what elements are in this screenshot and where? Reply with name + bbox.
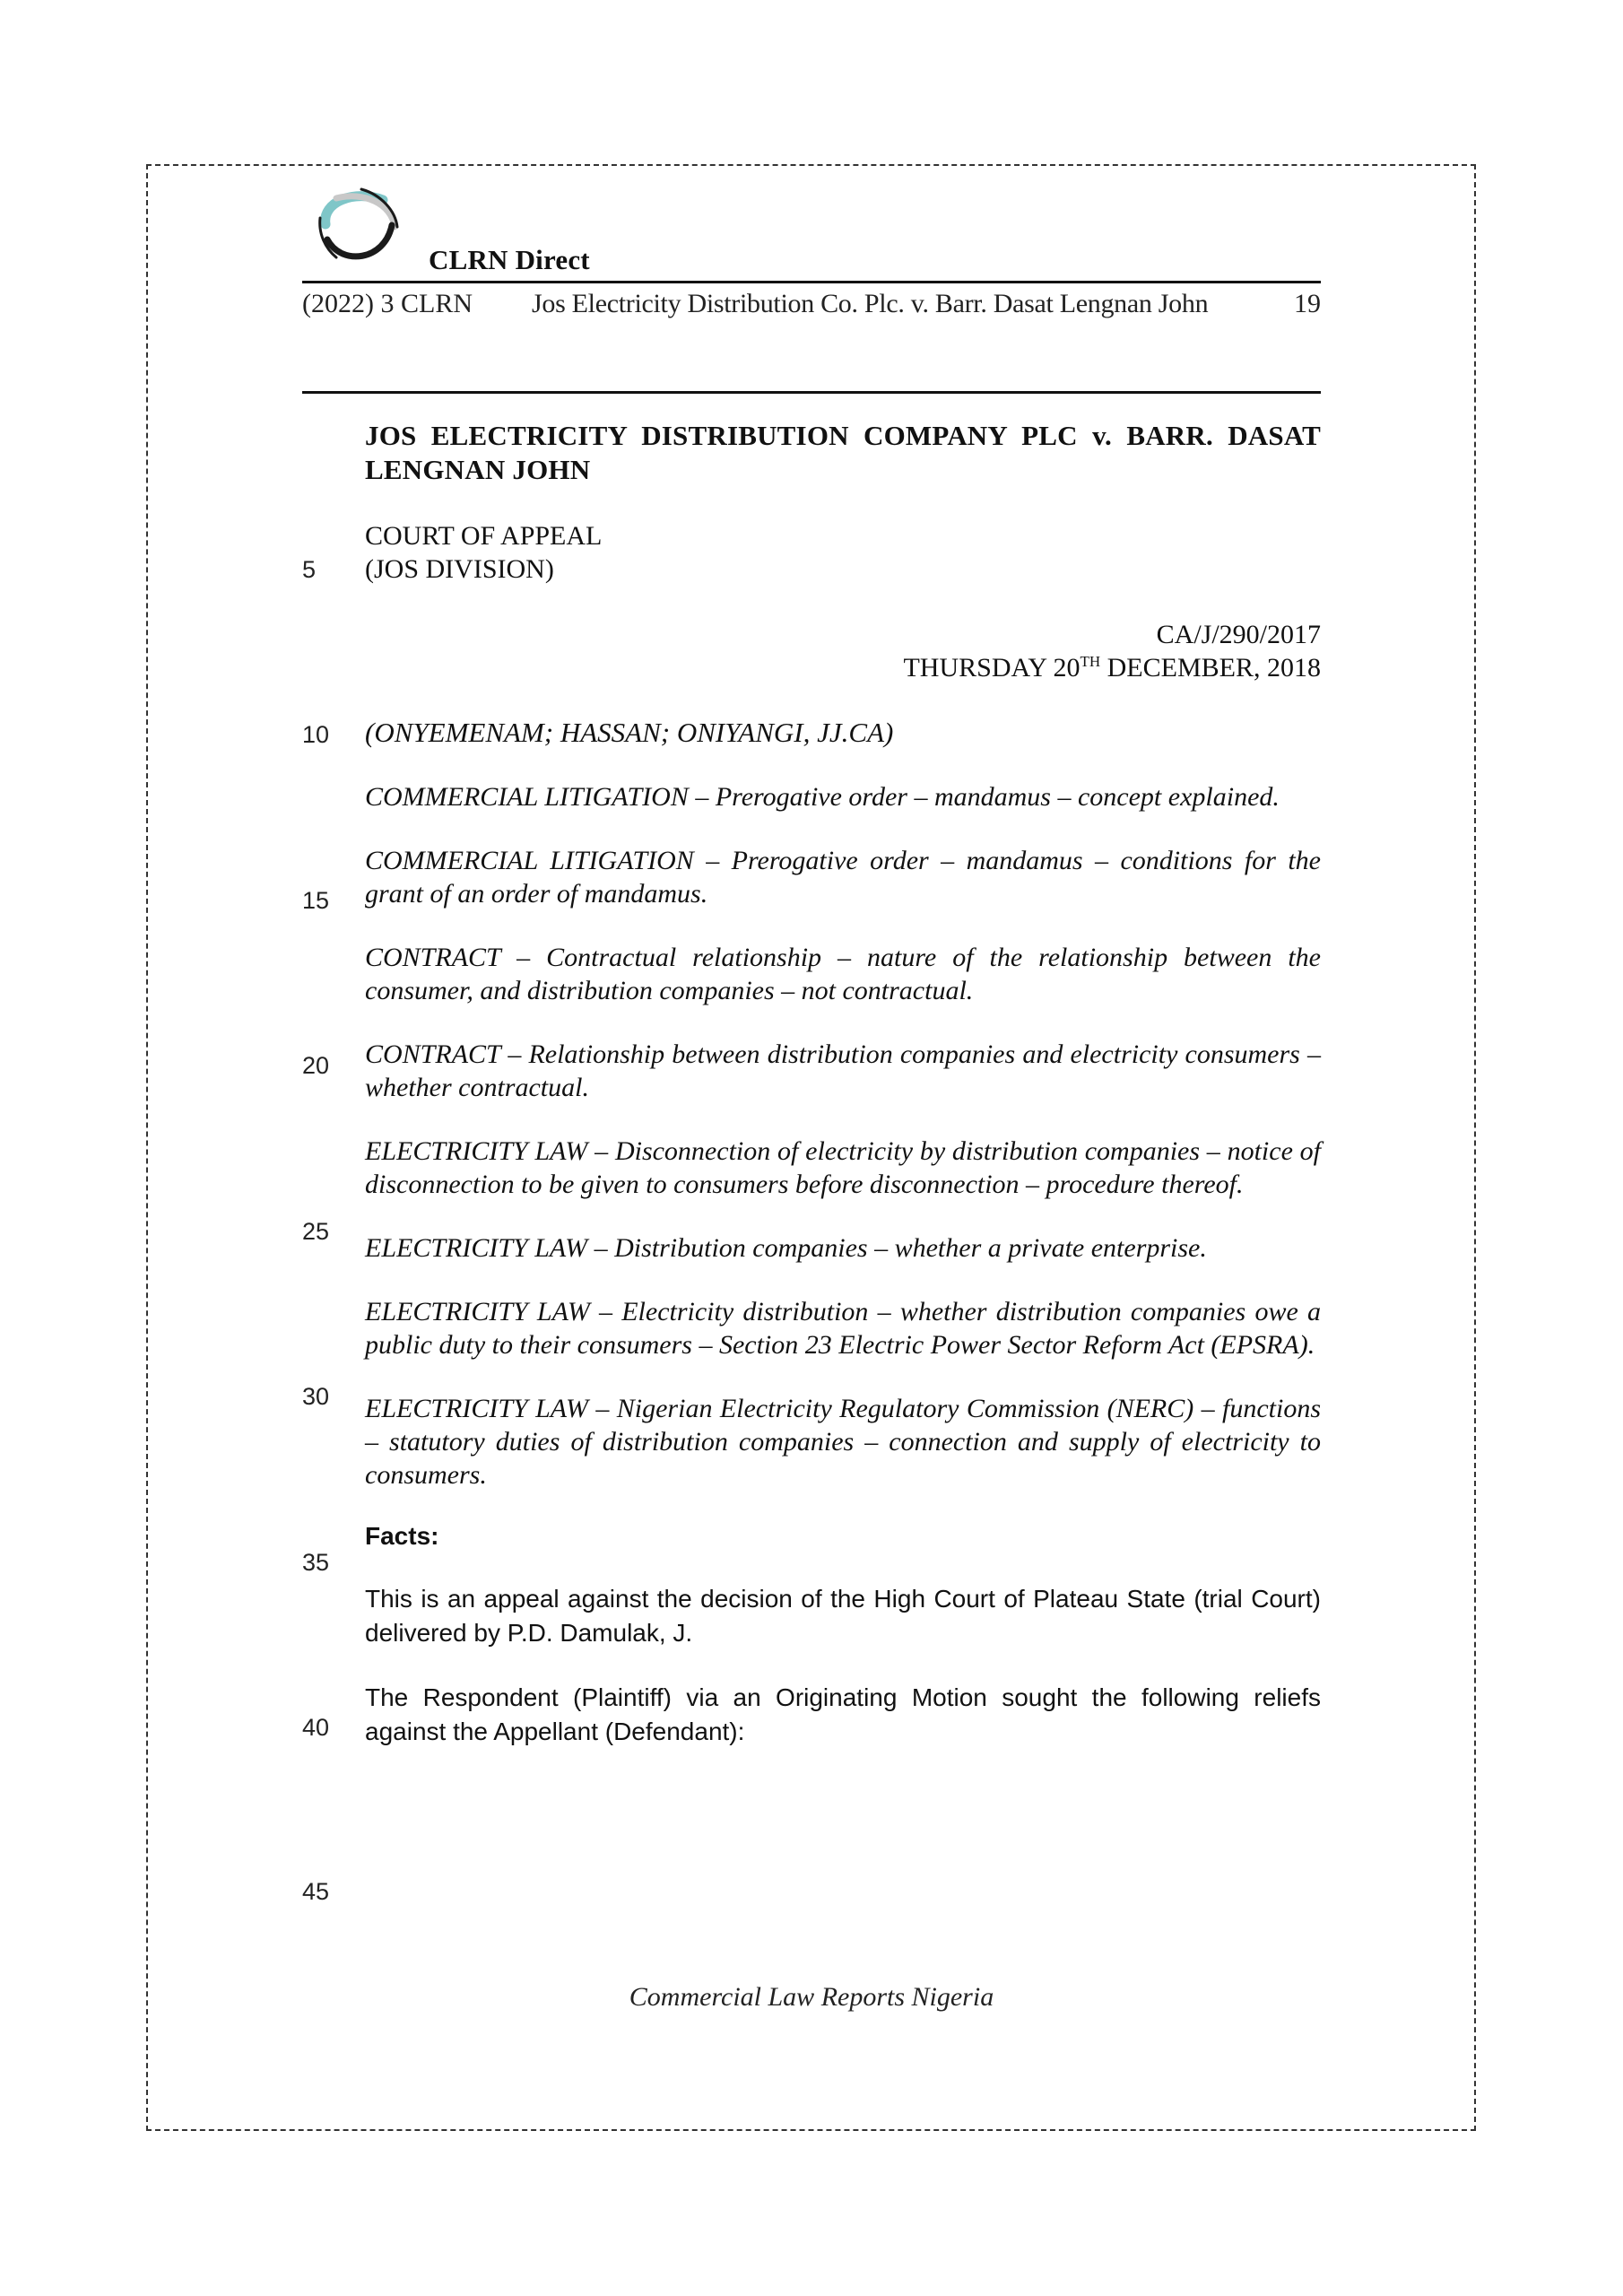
catchword: ELECTRICITY LAW – Nigerian Electricity R… xyxy=(365,1392,1321,1492)
catchword-text: – Contractual relationship – nature of t… xyxy=(365,943,1321,1005)
court-division: (JOS DIVISION) xyxy=(365,552,1321,586)
case-title: JOS ELECTRICITY DISTRIBUTION COMPANY PLC… xyxy=(365,419,1321,487)
catchword: ELECTRICITY LAW – Disconnection of elect… xyxy=(365,1135,1321,1201)
running-head: (2022) 3 CLRN Jos Electricity Distributi… xyxy=(302,289,1321,319)
catchword-subject: ELECTRICITY LAW xyxy=(365,1297,590,1326)
catchword-text: – Distribution companies – whether a pri… xyxy=(587,1233,1207,1263)
facts-paragraph: This is an appeal against the decision o… xyxy=(365,1582,1321,1650)
suit-block: CA/J/290/2017 THURSDAY 20TH DECEMBER, 20… xyxy=(365,618,1321,684)
catchword-subject: CONTRACT xyxy=(365,1039,500,1069)
court-block: COURT OF APPEAL (JOS DIVISION) xyxy=(365,519,1321,586)
brand-name: CLRN Direct xyxy=(429,244,590,276)
section-rule xyxy=(302,391,1321,394)
catchword: COMMERCIAL LITIGATION – Prerogative orde… xyxy=(365,844,1321,910)
catchword-subject: ELECTRICITY LAW xyxy=(365,1394,588,1423)
judgment-date: THURSDAY 20TH DECEMBER, 2018 xyxy=(365,651,1321,684)
running-title: Jos Electricity Distribution Co. Plc. v.… xyxy=(532,289,1294,319)
catchword-text: – Prerogative order – mandamus – concept… xyxy=(689,782,1280,812)
bench-justices: (ONYEMENAM; HASSAN; ONIYANGI, JJ.CA) xyxy=(365,716,1321,750)
line-number: 10 xyxy=(302,721,338,749)
catchword: CONTRACT – Relationship between distribu… xyxy=(365,1038,1321,1104)
catchword-subject: COMMERCIAL LITIGATION xyxy=(365,782,689,812)
catchword: ELECTRICITY LAW – Electricity distributi… xyxy=(365,1295,1321,1361)
line-number: 30 xyxy=(302,1383,338,1411)
line-number: 20 xyxy=(302,1052,338,1080)
line-number: 35 xyxy=(302,1549,338,1577)
catchword: ELECTRICITY LAW – Distribution companies… xyxy=(365,1231,1321,1265)
catchword-text: – Relationship between distribution comp… xyxy=(365,1039,1321,1102)
header-rule xyxy=(302,281,1321,283)
report-citation: (2022) 3 CLRN xyxy=(302,289,532,319)
facts-paragraph: The Respondent (Plaintiff) via an Origin… xyxy=(365,1681,1321,1749)
line-number: 15 xyxy=(302,887,338,915)
suit-number: CA/J/290/2017 xyxy=(365,618,1321,651)
catchword-subject: ELECTRICITY LAW xyxy=(365,1136,587,1166)
publication-footer: Commercial Law Reports Nigeria xyxy=(0,1982,1623,2013)
date-day: THURSDAY 20 xyxy=(903,653,1080,683)
line-number: 40 xyxy=(302,1714,338,1742)
catchword-subject: CONTRACT xyxy=(365,943,500,972)
date-month-year: DECEMBER, 2018 xyxy=(1100,653,1321,683)
date-ordinal: TH xyxy=(1080,653,1100,670)
report-body: JOS ELECTRICITY DISTRIBUTION COMPANY PLC… xyxy=(365,419,1321,1774)
line-number: 25 xyxy=(302,1218,338,1246)
catchword-subject: COMMERCIAL LITIGATION xyxy=(365,846,694,875)
line-number: 45 xyxy=(302,1878,338,1906)
catchword: CONTRACT – Contractual relationship – na… xyxy=(365,941,1321,1007)
catchword: COMMERCIAL LITIGATION – Prerogative orde… xyxy=(365,780,1321,813)
line-number: 5 xyxy=(302,556,338,584)
clrn-swirl-logo-icon xyxy=(309,184,408,274)
catchword-subject: ELECTRICITY LAW xyxy=(365,1233,587,1263)
facts-heading: Facts: xyxy=(365,1521,1321,1552)
court-name: COURT OF APPEAL xyxy=(365,519,1321,552)
page-number: 19 xyxy=(1294,289,1321,319)
